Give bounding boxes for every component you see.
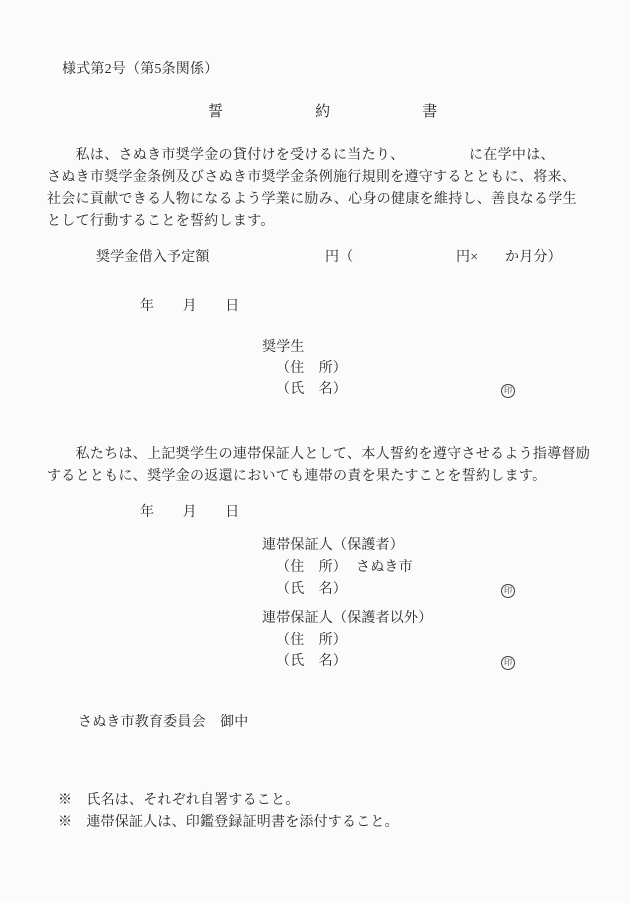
guarantor-pledge-line: 私たちは、上記奨学生の連帯保証人として、本人誓約を遵守させるよう指導督励 <box>47 444 603 466</box>
loan-amount-yen-paren: 円（ <box>325 250 353 267</box>
document-title: 誓 約 書 <box>208 103 438 121</box>
date-line-student: 年 月 日 <box>140 299 239 316</box>
seal-icon: 印 <box>501 584 515 598</box>
seal-icon: 印 <box>501 656 515 670</box>
pledge-line: として行動することを誓約します。 <box>47 211 603 233</box>
date-line-guarantor: 年 月 日 <box>140 505 239 522</box>
guarantor2-name-label: （氏 名） <box>276 654 347 671</box>
seal-icon: 印 <box>501 384 515 398</box>
guarantor1-heading: 連帯保証人（保護者） <box>262 538 404 555</box>
guarantor2-heading: 連帯保証人（保護者以外） <box>262 611 432 628</box>
form-number: 様式第2号（第5条関係） <box>62 62 218 79</box>
pledge-paragraph: 私は、さぬき市奨学金の貸付けを受けるに当たり、 に在学中は、 さぬき市奨学金条例… <box>47 145 603 233</box>
guarantor-pledge-paragraph: 私たちは、上記奨学生の連帯保証人として、本人誓約を遵守させるよう指導督励 すると… <box>47 444 603 488</box>
pledge-line: 私は、さぬき市奨学金の貸付けを受けるに当たり、 に在学中は、 <box>47 145 603 167</box>
student-address-label: （住 所） <box>276 361 347 378</box>
document-page: 様式第2号（第5条関係） 誓 約 書 私は、さぬき市奨学金の貸付けを受けるに当た… <box>0 0 630 903</box>
pledge-line: さぬき市奨学金条例及びさぬき市奨学金条例施行規則を遵守するとともに、将来、 <box>47 167 603 189</box>
guarantor1-address-value: さぬき市 <box>356 560 413 577</box>
addressee: さぬき市教育委員会 御中 <box>78 715 248 732</box>
loan-amount-label: 奨学金借入予定額 <box>96 250 210 267</box>
pledge-line: 社会に貢献できる人物になるよう学業に励み、心身の健康を維持し、善良なる学生 <box>47 189 603 211</box>
student-name-label: （氏 名） <box>276 382 347 399</box>
guarantor1-address-label: （住 所） <box>276 560 347 577</box>
guarantor2-address-label: （住 所） <box>276 633 347 650</box>
loan-amount-months-paren: か月分） <box>505 250 562 267</box>
loan-amount-yen-times: 円× <box>456 250 478 267</box>
note: ※ 氏名は、それぞれ自署すること。 <box>58 793 299 810</box>
guarantor-pledge-line: するとともに、奨学金の返還においても連帯の責を果たすことを誓約します。 <box>47 466 603 488</box>
guarantor1-name-label: （氏 名） <box>276 582 347 599</box>
note: ※ 連帯保証人は、印鑑登録証明書を添付すること。 <box>58 815 399 832</box>
student-heading: 奨学生 <box>262 340 305 357</box>
